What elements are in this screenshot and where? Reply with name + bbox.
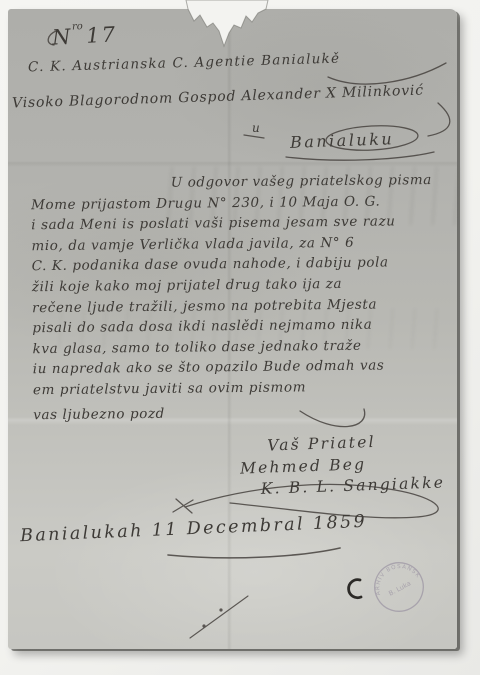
footer-dot <box>202 624 205 627</box>
body-line: em priatelstvu javiti sa ovim pismom <box>33 376 453 401</box>
place-underline <box>286 152 434 160</box>
footer-dot <box>219 608 222 611</box>
archive-stamp: ARHIV BOSANSKE KRAJINE B. Luka <box>361 549 437 625</box>
document-number: Nro17 <box>51 19 117 49</box>
stamp-center-text: B. Luka <box>387 579 412 597</box>
body-line: vas ljubezno pozd <box>33 400 453 425</box>
body-line: i sada Meni is poslati vaši pisema jesam… <box>31 211 451 236</box>
archive-stamp-graphic: ARHIV BOSANSKE KRAJINE B. Luka <box>361 549 437 625</box>
u-underline <box>244 135 264 138</box>
document-number-superscript: ro <box>72 21 83 33</box>
document-number-letter: N <box>51 25 73 50</box>
address-preposition: u <box>252 121 260 135</box>
address-place: Banialuku <box>290 129 395 152</box>
address1-tail-flourish <box>328 63 446 84</box>
address-line-1: C. K. Austrianska C. Agentie Banialukě <box>28 51 341 76</box>
letter-page: Nro17 C. K. Austrianska C. Agentie Bania… <box>8 9 457 649</box>
name-hook-flourish <box>428 103 450 136</box>
address-line-2: Visoko Blagorodnom Gospod Alexander X Mi… <box>12 83 424 112</box>
footer-slash-mark <box>190 596 248 638</box>
scan-background: Nro17 C. K. Austrianska C. Agentie Bania… <box>0 0 480 675</box>
letter-body: U odgovor vašeg priatelskog pisma Mome p… <box>31 170 454 426</box>
body-line: C. K. podanika dase ovuda nahode, i dabi… <box>32 252 452 277</box>
body-line: U odgovor vašeg priatelskog pisma <box>31 170 451 195</box>
date-underline <box>168 548 340 558</box>
date-line: Banialukah 11 Decembral 1859 <box>20 512 368 547</box>
signature-block: Vaš Priatel Mehmed Beg K. B. L. Sangiakk… <box>239 429 445 501</box>
signature-flourish-cross <box>173 499 193 513</box>
document-number-value: 17 <box>86 22 118 48</box>
ink-blot-crescent <box>349 580 361 598</box>
